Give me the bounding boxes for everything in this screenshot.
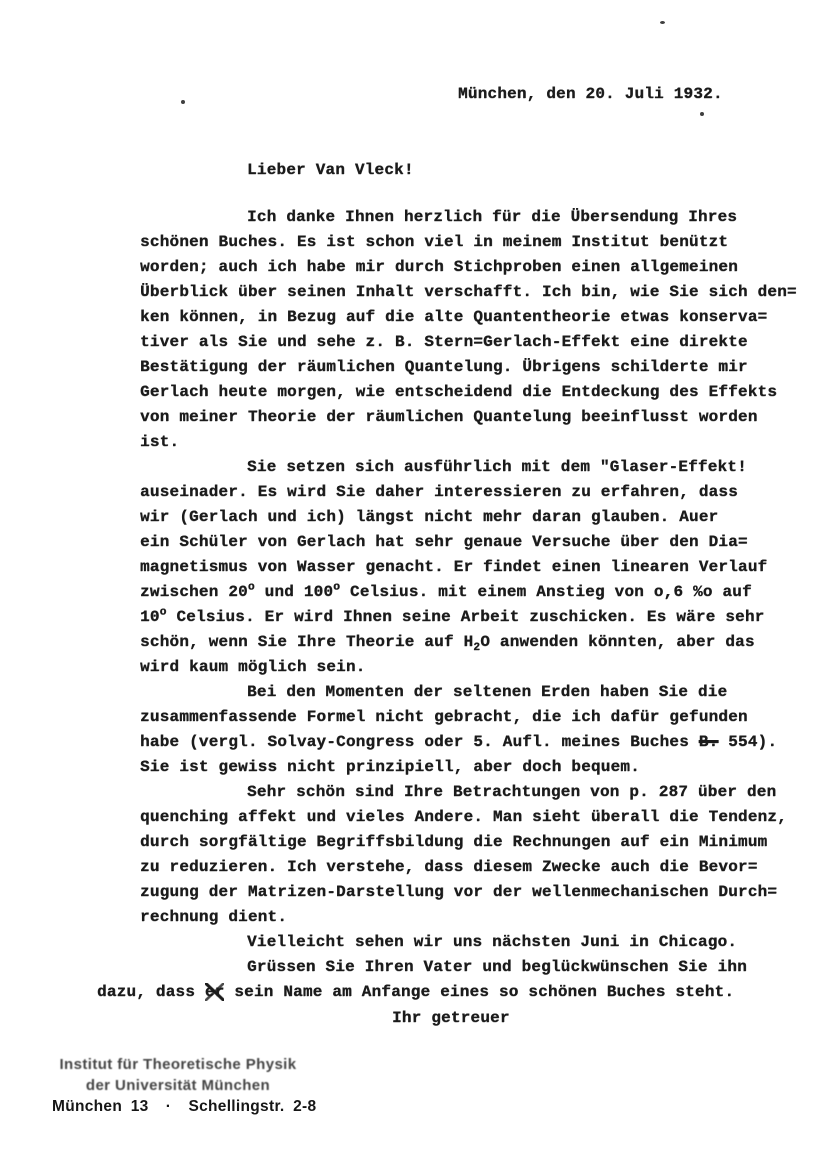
text-segment: schönen Buches. Es ist schon viel in mei… [140,233,728,251]
letter-line: auseinader. Es wird Sie daher interessie… [140,480,800,505]
text-segment: auseinader. Es wird Sie daher interessie… [140,483,738,501]
text-segment: Bei den Momenten der seltenen Erden habe… [247,683,727,701]
letter-line: durch sorgfältige Begriffsbildung die Re… [140,830,800,855]
text-segment: von meiner Theorie der räumlichen Quante… [140,408,758,426]
letter-line: zu reduzieren. Ich verstehe, dass diesem… [140,855,800,880]
letter-line: Gerlach heute morgen, wie entscheidend d… [140,380,800,405]
text-segment: ken können, in Bezug auf die alte Quante… [140,308,767,326]
text-segment: worden; auch ich habe mir durch Stichpro… [140,258,738,276]
letter-line: ist. [140,430,800,455]
letter-line: dazu, dass er sein Name am Anfange eines… [97,980,800,1005]
letter-line: rechnung dient. [140,905,800,930]
institute-stamp: Institut für Theoretische Physik der Uni… [52,1054,304,1118]
letter-line: Überblick über seinen Inhalt verschafft.… [140,280,800,305]
text-segment: und 100 [255,583,333,601]
letter-line: worden; auch ich habe mir durch Stichpro… [140,255,800,280]
closing-line: Ihr getreuer [392,1006,510,1031]
letter-line: Vielleicht sehen wir uns nächsten Juni i… [140,930,800,955]
text-segment: dazu, dass [97,983,205,1001]
stamp-institute-name: Institut für Theoretische Physik [52,1054,304,1075]
letter-line: zusammenfassende Formel nicht gebracht, … [140,705,800,730]
stamp-address: München 13 · Schellingstr. 2-8 [52,1096,304,1118]
text-segment: rechnung dient. [140,908,287,926]
text-segment: ist. [140,433,179,451]
text-segment: Bestätigung der räumlichen Quantelung. Ü… [140,358,748,376]
letter-line: wir (Gerlach und ich) längst nicht mehr … [140,505,800,530]
text-segment: quenching affekt und vieles Andere. Man … [140,808,787,826]
letter-line: schönen Buches. Es ist schon viel in mei… [140,230,800,255]
text-segment: Überblick über seinen Inhalt verschafft.… [140,283,797,301]
text-segment: habe (vergl. Solvay-Congress oder 5. Auf… [140,733,699,751]
letter-line: ein Schüler von Gerlach hat sehr genaue … [140,530,800,555]
struck-out-text: B. [699,733,719,751]
text-segment: wir (Gerlach und ich) längst nicht mehr … [140,508,718,526]
text-segment: zusammenfassende Formel nicht gebracht, … [140,708,748,726]
text-segment: Gerlach heute morgen, wie entscheidend d… [140,383,777,401]
text-segment: Vielleicht sehen wir uns nächsten Juni i… [247,933,737,951]
text-segment: magnetismus von Wasser genacht. Er finde… [140,558,767,576]
letter-line: tiver als Sie und sehe z. B. Stern=Gerla… [140,330,800,355]
letter-page: München, den 20. Juli 1932. Lieber Van V… [0,0,837,1169]
letter-line: Grüssen Sie Ihren Vater und beglückwünsc… [140,955,800,980]
text-segment: zu reduzieren. Ich verstehe, dass diesem… [140,858,758,876]
letter-line: Sie setzen sich ausführlich mit dem "Gla… [140,455,800,480]
scan-speck [660,21,665,24]
letter-line: quenching affekt und vieles Andere. Man … [140,805,800,830]
text-segment: 554). [718,733,777,751]
text-segment: zugung der Matrizen-Darstellung vor der … [140,883,777,901]
text-segment: zwischen 20 [140,583,248,601]
letter-line: von meiner Theorie der räumlichen Quante… [140,405,800,430]
letter-line: habe (vergl. Solvay-Congress oder 5. Auf… [140,730,800,755]
scan-speck [181,100,185,104]
letter-line: ken können, in Bezug auf die alte Quante… [140,305,800,330]
letter-line: schön, wenn Sie Ihre Theorie auf H2O anw… [140,630,800,655]
text-segment: Celsius. Er wird Ihnen seine Arbeit zusc… [167,608,765,626]
text-segment: 10 [140,608,160,626]
scan-speck [700,112,704,116]
text-segment: durch sorgfältige Begriffsbildung die Re… [140,833,767,851]
letter-body: Ich danke Ihnen herzlich für die Übersen… [140,205,800,1005]
text-segment: schön, wenn Sie Ihre Theorie auf H [140,633,473,651]
degree-superscript: o [160,607,167,619]
struck-out-text: er [205,983,225,1001]
text-segment: Celsius. mit einem Anstieg von o,6 %o au… [340,583,752,601]
text-segment: Sie ist gewiss nicht prinzipiell, aber d… [140,758,640,776]
letter-line: wird kaum möglich sein. [140,655,800,680]
letter-line: zwischen 20o und 100o Celsius. mit einem… [140,580,800,605]
letter-line: 10o Celsius. Er wird Ihnen seine Arbeit … [140,605,800,630]
text-segment: O anwenden könnten, aber das [480,633,754,651]
text-segment: Sie setzen sich ausführlich mit dem "Gla… [247,458,747,476]
degree-superscript: o [248,582,255,594]
letter-line: zugung der Matrizen-Darstellung vor der … [140,880,800,905]
letter-line: Bei den Momenten der seltenen Erden habe… [140,680,800,705]
text-segment: tiver als Sie und sehe z. B. Stern=Gerla… [140,333,748,351]
text-segment: sein Name am Anfange eines so schönen Bu… [224,983,734,1001]
text-segment: Ich danke Ihnen herzlich für die Übersen… [247,208,737,226]
text-segment: Sehr schön sind Ihre Betrachtungen von p… [247,783,776,801]
letter-line: Ich danke Ihnen herzlich für die Übersen… [140,205,800,230]
salutation: Lieber Van Vleck! [247,158,414,183]
letter-line: magnetismus von Wasser genacht. Er finde… [140,555,800,580]
letter-line: Bestätigung der räumlichen Quantelung. Ü… [140,355,800,380]
date-line: München, den 20. Juli 1932. [458,82,723,107]
text-segment: Grüssen Sie Ihren Vater und beglückwünsc… [247,958,747,976]
stamp-university-name: der Universität München [52,1075,304,1096]
text-segment: ein Schüler von Gerlach hat sehr genaue … [140,533,748,551]
letter-line: Sehr schön sind Ihre Betrachtungen von p… [140,780,800,805]
letter-line: Sie ist gewiss nicht prinzipiell, aber d… [140,755,800,780]
text-segment: wird kaum möglich sein. [140,658,365,676]
